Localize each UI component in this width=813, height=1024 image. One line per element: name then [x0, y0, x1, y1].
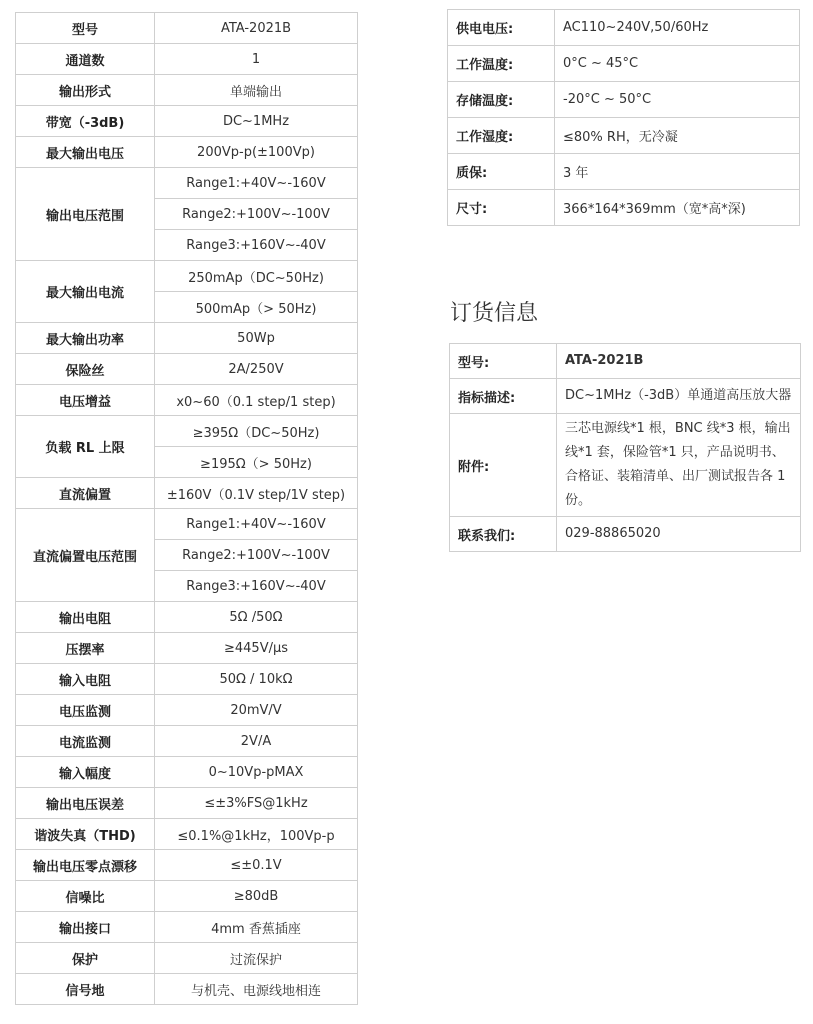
table-row: 工作湿度:≤80% RH，无冷凝 — [448, 118, 800, 154]
table-row: 带宽（-3dB)DC~1MHz — [16, 106, 358, 137]
row-value: 3 年 — [555, 154, 800, 190]
table-row: 输出接口4mm 香蕉插座 — [16, 912, 358, 943]
row-label: 信噪比 — [16, 881, 155, 912]
row-value: ≤±0.1V — [155, 850, 358, 881]
table-row: 联系我们:029-88865020 — [450, 517, 801, 552]
table-row: 存储温度:-20°C ~ 50°C — [448, 82, 800, 118]
row-value: 0°C ~ 45°C — [555, 46, 800, 82]
table-row: 最大输出电流250mAp（DC~50Hz) — [16, 261, 358, 292]
table-row: 型号ATA-2021B — [16, 13, 358, 44]
table-row: 输出电压范围Range1:+40V~-160V — [16, 168, 358, 199]
row-label: 电流监测 — [16, 726, 155, 757]
environment-table: 供电电压:AC110~240V,50/60Hz 工作温度:0°C ~ 45°C … — [447, 9, 800, 226]
row-value: -20°C ~ 50°C — [555, 82, 800, 118]
row-label: 指标描述: — [450, 379, 557, 414]
row-label: 压摆率 — [16, 633, 155, 664]
row-value: ATA-2021B — [155, 13, 358, 44]
row-value: 366*164*369mm（宽*高*深) — [555, 190, 800, 226]
row-value: Range1:+40V~-160V — [155, 509, 358, 540]
row-label: 尺寸: — [448, 190, 555, 226]
row-value: 三芯电源线*1 根，BNC 线*3 根，输出线*1 套，保险管*1 只，产品说明… — [557, 414, 801, 517]
table-row: 谐波失真（THD)≤0.1%@1kHz，100Vp-p — [16, 819, 358, 850]
row-label: 供电电压: — [448, 10, 555, 46]
row-value: Range2:+100V~-100V — [155, 199, 358, 230]
table-row: 型号:ATA-2021B — [450, 344, 801, 379]
row-value: 与机壳、电源线地相连 — [155, 974, 358, 1005]
row-value: DC~1MHz — [155, 106, 358, 137]
row-label: 最大输出功率 — [16, 323, 155, 354]
table-row: 电压监测20mV/V — [16, 695, 358, 726]
table-row: 输入电阻50Ω / 10kΩ — [16, 664, 358, 695]
spec-table: 型号ATA-2021B通道数1输出形式单端输出带宽（-3dB)DC~1MHz最大… — [15, 12, 358, 1005]
row-label: 直流偏置电压范围 — [16, 509, 155, 602]
row-value: 2V/A — [155, 726, 358, 757]
table-row: 信噪比≥80dB — [16, 881, 358, 912]
row-value: ≤0.1%@1kHz，100Vp-p — [155, 819, 358, 850]
row-label: 输出电压零点漂移 — [16, 850, 155, 881]
row-value: x0~60（0.1 step/1 step) — [155, 385, 358, 416]
table-row: 指标描述:DC~1MHz（-3dB）单通道高压放大器 — [450, 379, 801, 414]
row-value: ≥445V/μs — [155, 633, 358, 664]
row-label: 存储温度: — [448, 82, 555, 118]
row-value: Range3:+160V~-40V — [155, 230, 358, 261]
row-value: 1 — [155, 44, 358, 75]
row-label: 输出电压误差 — [16, 788, 155, 819]
row-label: 输出形式 — [16, 75, 155, 106]
row-value: 2A/250V — [155, 354, 358, 385]
row-label: 输入电阻 — [16, 664, 155, 695]
row-value: 50Ω / 10kΩ — [155, 664, 358, 695]
row-label: 工作温度: — [448, 46, 555, 82]
row-value: ATA-2021B — [557, 344, 801, 379]
row-label: 输出电压范围 — [16, 168, 155, 261]
row-label: 工作湿度: — [448, 118, 555, 154]
spec-table-body: 型号ATA-2021B通道数1输出形式单端输出带宽（-3dB)DC~1MHz最大… — [16, 13, 358, 1005]
row-value: 029-88865020 — [557, 517, 801, 552]
row-label: 输出接口 — [16, 912, 155, 943]
table-row: 输出电压误差≤±3%FS@1kHz — [16, 788, 358, 819]
row-value: ≤80% RH，无冷凝 — [555, 118, 800, 154]
row-label: 附件: — [450, 414, 557, 517]
row-value: 200Vp-p(±100Vp) — [155, 137, 358, 168]
table-row: 输入幅度0~10Vp-pMAX — [16, 757, 358, 788]
row-label: 联系我们: — [450, 517, 557, 552]
table-row: 保险丝2A/250V — [16, 354, 358, 385]
table-row: 输出形式单端输出 — [16, 75, 358, 106]
row-label: 型号: — [450, 344, 557, 379]
row-label: 负载 RL 上限 — [16, 416, 155, 478]
table-row: 通道数1 — [16, 44, 358, 75]
row-value: 4mm 香蕉插座 — [155, 912, 358, 943]
row-value: 5Ω /50Ω — [155, 602, 358, 633]
row-label: 最大输出电流 — [16, 261, 155, 323]
row-value: 250mAp（DC~50Hz) — [155, 261, 358, 292]
table-row: 最大输出功率50Wp — [16, 323, 358, 354]
row-value: 500mAp（> 50Hz) — [155, 292, 358, 323]
row-value: 过流保护 — [155, 943, 358, 974]
table-row: 附件:三芯电源线*1 根，BNC 线*3 根，输出线*1 套，保险管*1 只，产… — [450, 414, 801, 517]
table-row: 尺寸:366*164*369mm（宽*高*深) — [448, 190, 800, 226]
table-row: 压摆率≥445V/μs — [16, 633, 358, 664]
row-value: ≥395Ω（DC~50Hz) — [155, 416, 358, 447]
order-info-table: 型号:ATA-2021B 指标描述:DC~1MHz（-3dB）单通道高压放大器 … — [449, 343, 801, 552]
row-label: 通道数 — [16, 44, 155, 75]
table-row: 输出电阻5Ω /50Ω — [16, 602, 358, 633]
row-value: AC110~240V,50/60Hz — [555, 10, 800, 46]
row-label: 带宽（-3dB) — [16, 106, 155, 137]
row-label: 型号 — [16, 13, 155, 44]
row-value: ≥195Ω（> 50Hz) — [155, 447, 358, 478]
table-row: 直流偏置电压范围Range1:+40V~-160V — [16, 509, 358, 540]
row-value: ≥80dB — [155, 881, 358, 912]
row-value: ≤±3%FS@1kHz — [155, 788, 358, 819]
row-label: 输入幅度 — [16, 757, 155, 788]
row-label: 直流偏置 — [16, 478, 155, 509]
row-label: 电压增益 — [16, 385, 155, 416]
table-row: 供电电压:AC110~240V,50/60Hz — [448, 10, 800, 46]
row-value: 50Wp — [155, 323, 358, 354]
row-label: 信号地 — [16, 974, 155, 1005]
row-value: 单端输出 — [155, 75, 358, 106]
table-row: 信号地与机壳、电源线地相连 — [16, 974, 358, 1005]
row-label: 谐波失真（THD) — [16, 819, 155, 850]
row-label: 电压监测 — [16, 695, 155, 726]
row-label: 保护 — [16, 943, 155, 974]
order-info-heading: 订货信息 — [450, 296, 538, 327]
row-value: Range1:+40V~-160V — [155, 168, 358, 199]
row-value: ±160V（0.1V step/1V step) — [155, 478, 358, 509]
table-row: 输出电压零点漂移≤±0.1V — [16, 850, 358, 881]
table-row: 负载 RL 上限≥395Ω（DC~50Hz) — [16, 416, 358, 447]
table-row: 电压增益x0~60（0.1 step/1 step) — [16, 385, 358, 416]
table-row: 质保:3 年 — [448, 154, 800, 190]
row-label: 保险丝 — [16, 354, 155, 385]
row-value: DC~1MHz（-3dB）单通道高压放大器 — [557, 379, 801, 414]
row-label: 输出电阻 — [16, 602, 155, 633]
table-row: 保护过流保护 — [16, 943, 358, 974]
row-value: Range2:+100V~-100V — [155, 540, 358, 571]
table-row: 电流监测2V/A — [16, 726, 358, 757]
row-label: 质保: — [448, 154, 555, 190]
row-label: 最大输出电压 — [16, 137, 155, 168]
table-row: 工作温度:0°C ~ 45°C — [448, 46, 800, 82]
row-value: 0~10Vp-pMAX — [155, 757, 358, 788]
row-value: Range3:+160V~-40V — [155, 571, 358, 602]
table-row: 直流偏置±160V（0.1V step/1V step) — [16, 478, 358, 509]
row-value: 20mV/V — [155, 695, 358, 726]
table-row: 最大输出电压200Vp-p(±100Vp) — [16, 137, 358, 168]
